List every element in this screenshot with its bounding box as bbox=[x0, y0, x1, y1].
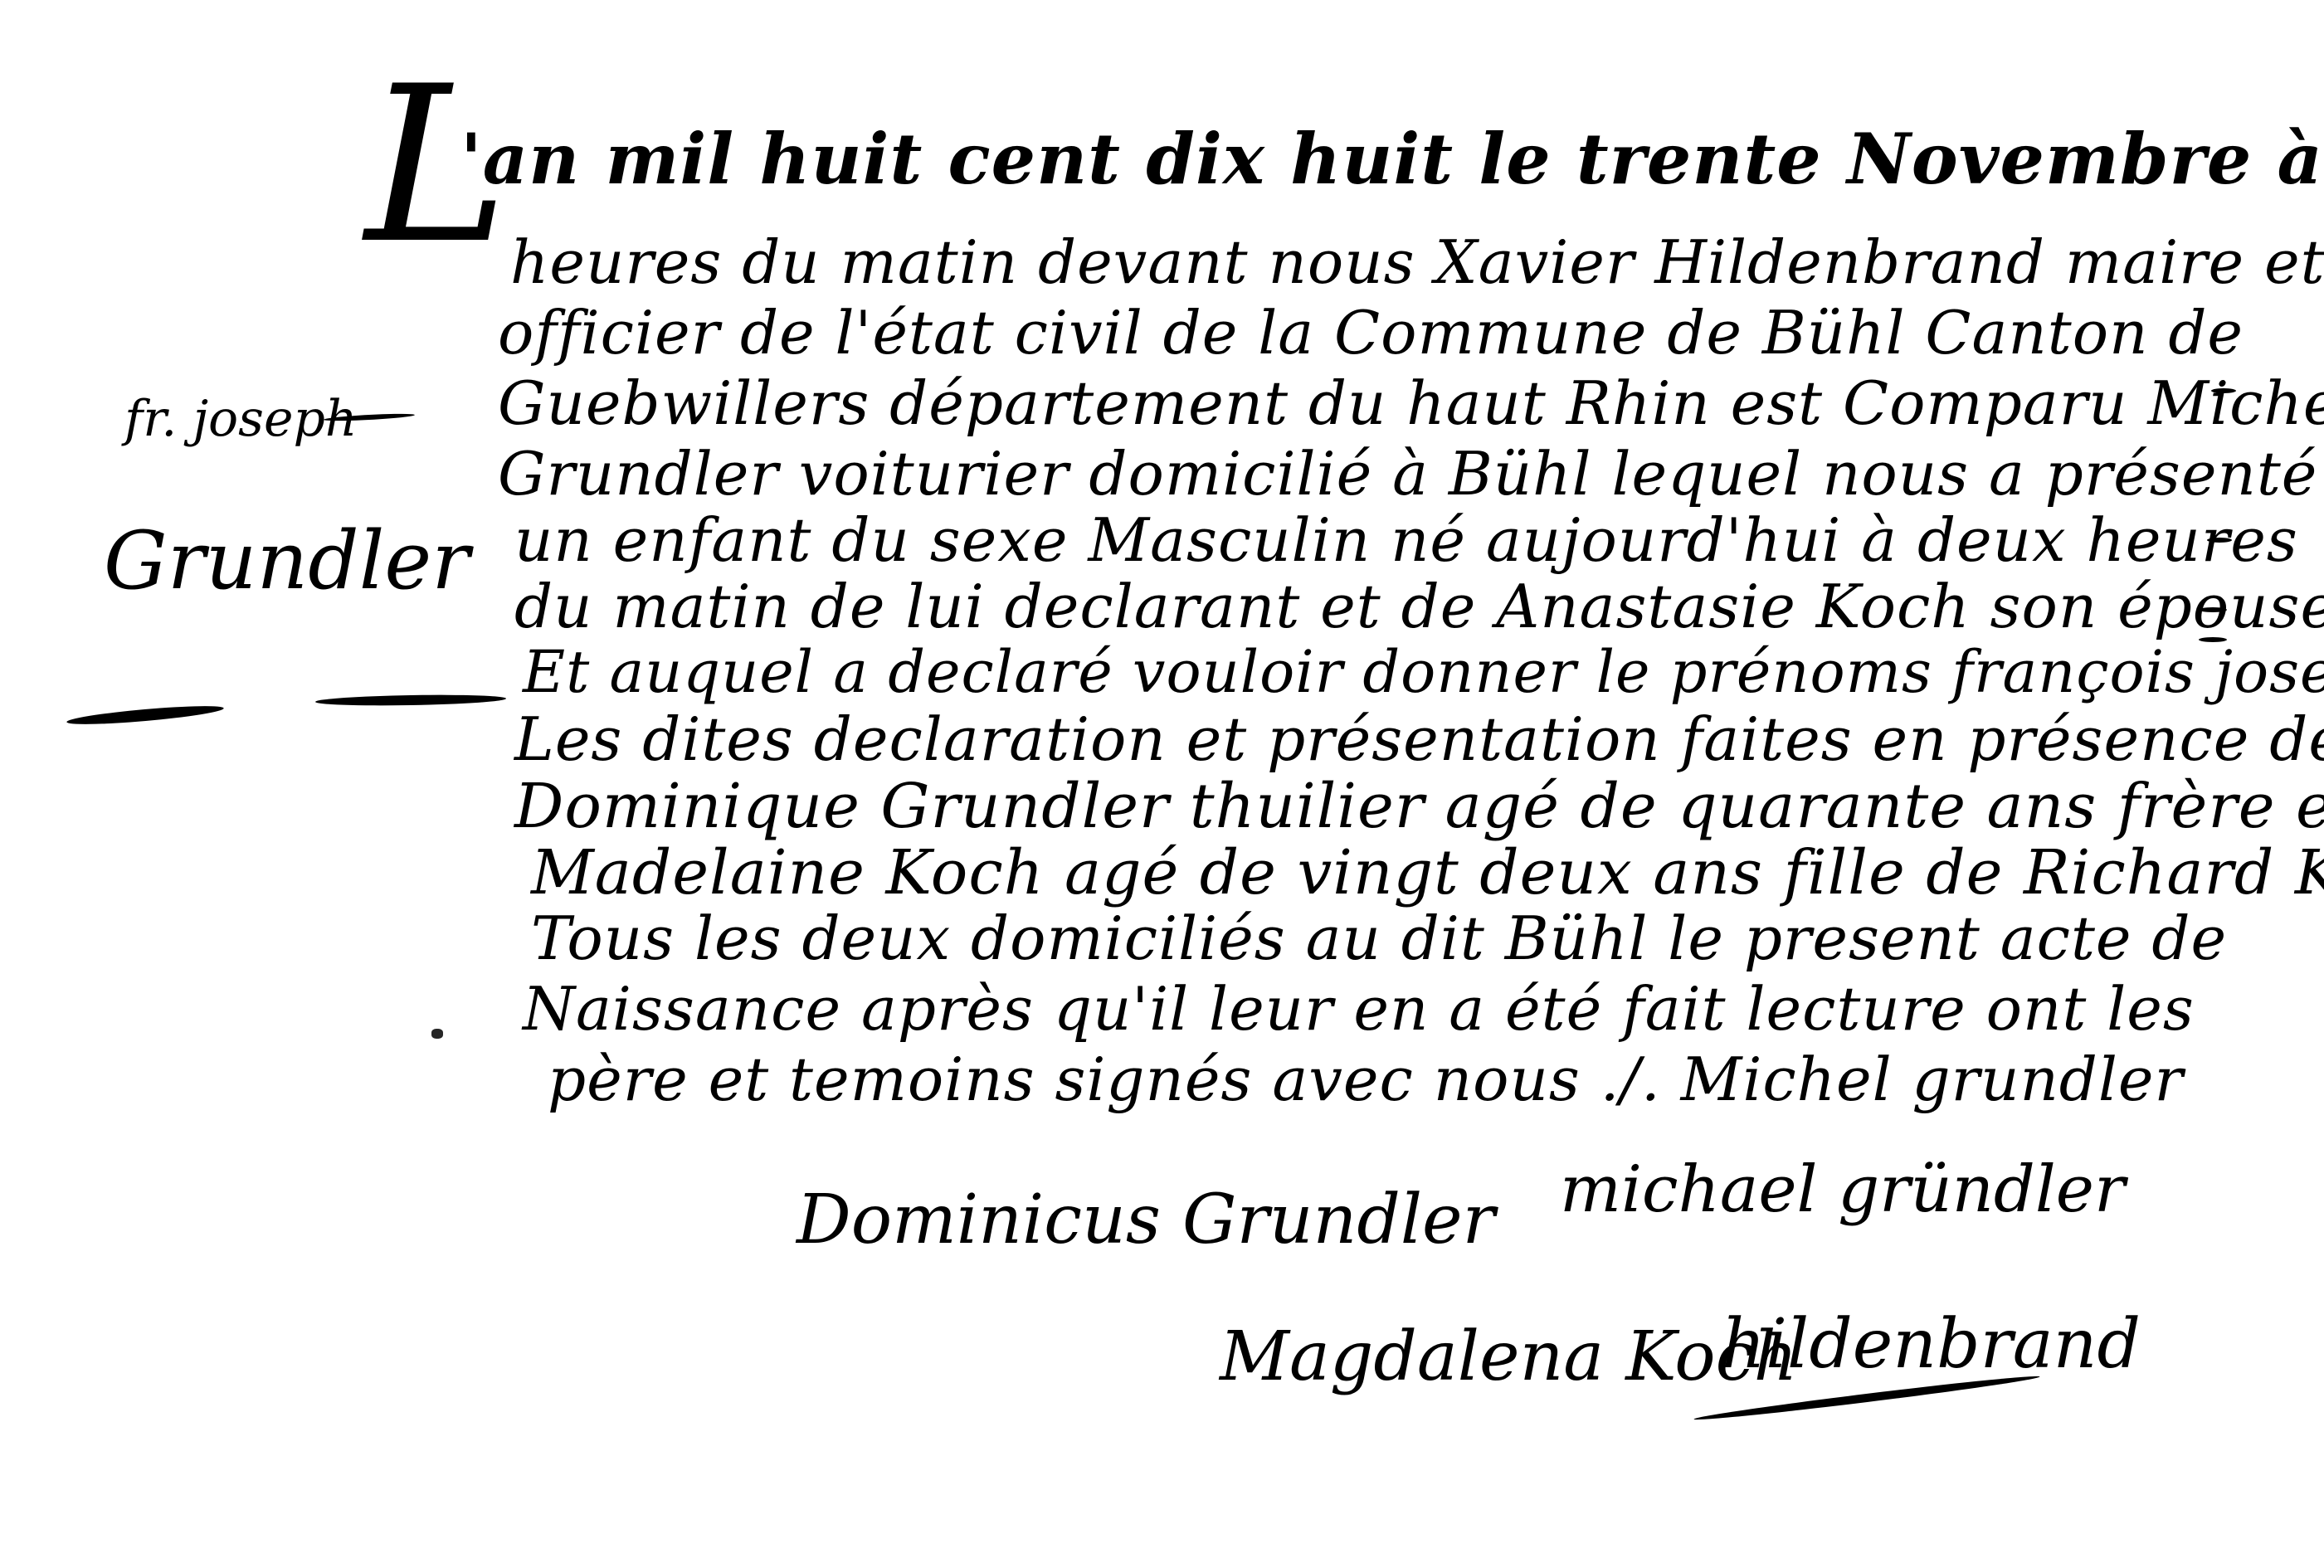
signature-dominicus-grundler: Dominicus Grundler bbox=[797, 1186, 1495, 1254]
record-line-5: Grundler voiturier domicilié à Bühl lequ… bbox=[498, 444, 2317, 504]
record-line-8: Et auquel a declaré vouloir donner le pr… bbox=[523, 643, 2324, 701]
record-line-6: un enfant du sexe Masculin né aujourd'hu… bbox=[514, 510, 2298, 570]
record-line-2: heures du matin devant nous Xavier Hilde… bbox=[510, 232, 2324, 292]
record-line-4: Guebwillers département du haut Rhin est… bbox=[498, 373, 2324, 433]
record-line-9: Les dites declaration et présentation fa… bbox=[514, 709, 2324, 769]
record-line-7: du matin de lui declarant et de Anastasi… bbox=[514, 577, 2324, 636]
margin-note-surname: Grundler bbox=[104, 514, 470, 607]
margin-note-given-name: fr. joseph bbox=[124, 390, 358, 448]
line-end-flourish bbox=[2199, 607, 2227, 612]
margin-underline-right bbox=[315, 694, 506, 707]
signature-magdalena-koch: Magdalena Koch bbox=[1220, 1323, 1797, 1391]
signature-hildenbrand: hildenbrand bbox=[1722, 1311, 2141, 1379]
record-line-3: officier de l'état civil de la Commune d… bbox=[498, 303, 2244, 363]
document-page: L fr. joseph Grundler 'an mil huit cent … bbox=[0, 0, 2324, 1568]
record-line-1: 'an mil huit cent dix huit le trente Nov… bbox=[460, 124, 2324, 194]
record-line-12: Tous les deux domiciliés au dit Bühl le … bbox=[531, 908, 2227, 968]
ink-speck bbox=[431, 1029, 443, 1039]
line-end-flourish bbox=[2211, 388, 2236, 393]
record-line-11: Madelaine Koch agé de vingt deux ans fil… bbox=[531, 842, 2324, 903]
record-line-13: Naissance après qu'il leur en a été fait… bbox=[523, 979, 2195, 1039]
line-end-flourish bbox=[2199, 637, 2227, 642]
signature-michael-grundler: michael gründler bbox=[1560, 1157, 2125, 1222]
record-line-10: Dominique Grundler thuilier agé de quara… bbox=[514, 776, 2324, 837]
margin-underline-left bbox=[66, 703, 224, 728]
line-end-flourish bbox=[2207, 538, 2232, 543]
record-line-14: père et temoins signés avec nous ./. Mic… bbox=[548, 1049, 2184, 1109]
